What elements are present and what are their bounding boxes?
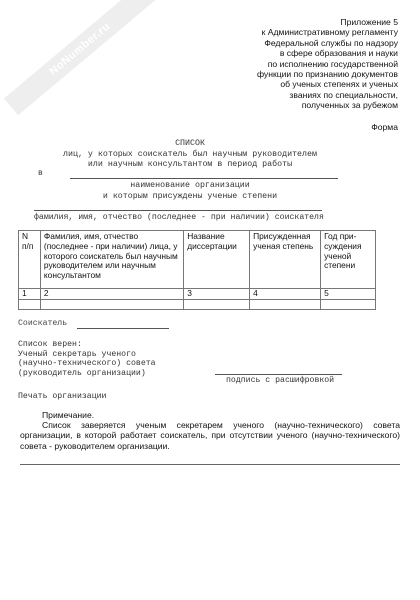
table-cell (250, 299, 321, 309)
organization-field: в (20, 169, 360, 181)
applicant-name-caption: фамилия, имя, отчество (последнее - при … (34, 213, 324, 222)
table-cell (321, 299, 376, 309)
appendix-line: Приложение 5 (198, 17, 398, 27)
applicant-signature-line (77, 328, 169, 329)
table-cell (184, 299, 250, 309)
signature-caption: подпись с расшифровкой (226, 376, 334, 385)
signature-line (215, 374, 342, 375)
appendix-line: полученных за рубежом (198, 100, 398, 110)
verification-line: (руководитель организации) (18, 369, 156, 379)
table-row (19, 299, 376, 309)
table-cell (40, 299, 183, 309)
supervised-persons-table: N п/п Фамилия, имя, отчество (последнее … (18, 230, 376, 310)
table-cell: 3 (184, 289, 250, 300)
document-title: СПИСОК лиц, у которых соискатель был нау… (20, 139, 360, 171)
note-title: Примечание. (42, 410, 94, 420)
table-cell: 1 (19, 289, 41, 300)
appendix-line: функции по признанию документов (198, 69, 398, 79)
verification-line: Ученый секретарь ученого (18, 350, 156, 360)
org-prefix: в (38, 169, 43, 178)
organization-blank-line (70, 178, 338, 179)
org-caption-line: и которым присуждены ученые степени (20, 192, 360, 203)
appendix-line: об ученых степенях и ученых (198, 79, 398, 89)
applicant-label: Соискатель (18, 319, 67, 328)
organization-caption: наименование организации и которым прису… (20, 181, 360, 202)
table-header-cell: Год при- суждения ученой степени (321, 231, 376, 289)
table-header-cell: Название диссертации (184, 231, 250, 289)
table-header-cell: N п/п (19, 231, 41, 289)
appendix-line: в сфере образования и науки (198, 48, 398, 58)
table-cell: 4 (250, 289, 321, 300)
table-cell (19, 299, 41, 309)
appendix-line: званиях по специальности, (198, 90, 398, 100)
appendix-line: Федеральной службы по надзору (198, 38, 398, 48)
table-header-cell: Фамилия, имя, отчество (последнее - при … (40, 231, 183, 289)
title-heading: СПИСОК (20, 139, 360, 150)
stamp-label: Печать организации (18, 392, 106, 401)
verification-block: Список верен: Ученый секретарь ученого (… (18, 340, 156, 378)
appendix-line: к Административному регламенту (198, 27, 398, 37)
appendix-line: по исполнению государственной (198, 59, 398, 69)
verification-line: (научно-технического) совета (18, 359, 156, 369)
verification-line: Список верен: (18, 340, 156, 350)
watermark: NoNumber.ru (4, 0, 156, 115)
form-label: Форма (371, 122, 398, 132)
table-cell: 5 (321, 289, 376, 300)
table-number-row: 1 2 3 4 5 (19, 289, 376, 300)
org-caption-line: наименование организации (20, 181, 360, 192)
table-header-row: N п/п Фамилия, имя, отчество (последнее … (19, 231, 376, 289)
table-cell: 2 (40, 289, 183, 300)
applicant-name-blank-line (34, 210, 322, 211)
table-header-cell: Присужденная ученая степень (250, 231, 321, 289)
title-line: лиц, у которых соискатель был научным ру… (20, 150, 360, 161)
footer-divider (20, 464, 400, 465)
note-body: Список заверяется ученым секретарем учен… (20, 420, 400, 451)
appendix-header: Приложение 5 к Административному регламе… (198, 17, 398, 111)
